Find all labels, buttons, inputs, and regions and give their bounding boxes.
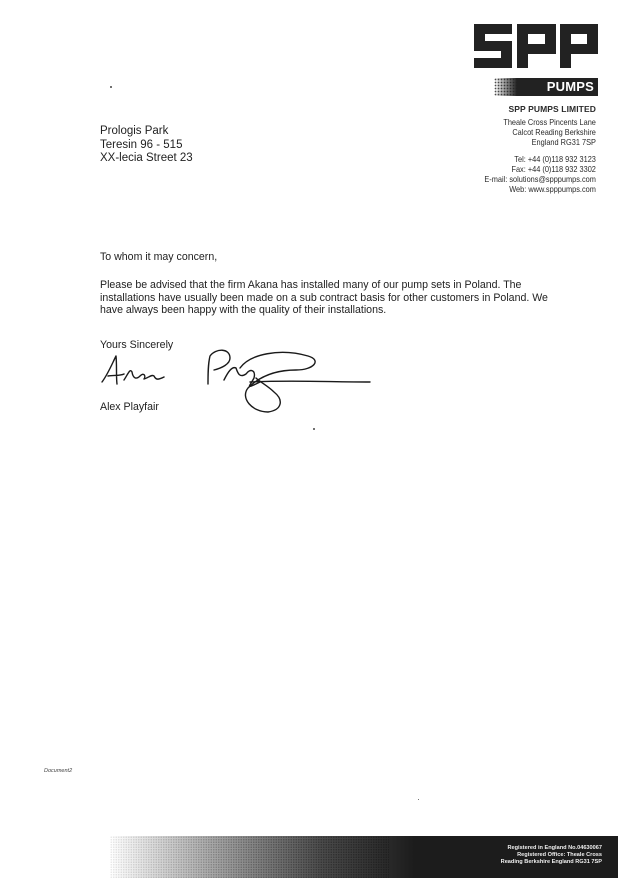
company-address-line: Calcot Reading Berkshire xyxy=(484,128,596,138)
company-email: E-mail: solutions@spppumps.com xyxy=(484,175,596,185)
signer-name: Alex Playfair xyxy=(100,401,159,414)
registration-info: Registered in England No.04630067 Regist… xyxy=(501,845,602,867)
registration-line: Registered in England No.04630067 xyxy=(501,845,602,852)
spp-logo: spp xyxy=(474,24,598,68)
company-address-block: Theale Cross Pincents Lane Calcot Readin… xyxy=(484,118,596,195)
company-fax: Fax: +44 (0)118 932 3302 xyxy=(484,165,596,175)
recipient-line: XX-lecia Street 23 xyxy=(100,152,193,166)
scan-speck xyxy=(110,86,112,88)
footer-band: Registered in England No.04630067 Regist… xyxy=(110,836,618,878)
pumps-label: PUMPS xyxy=(547,79,594,94)
scan-speck xyxy=(418,799,419,800)
company-website: Web: www.spppumps.com xyxy=(484,185,596,195)
company-telephone: Tel: +44 (0)118 932 3123 xyxy=(484,155,596,165)
registration-line: Registered Office: Theale Cross xyxy=(501,852,602,859)
recipient-address: Prologis Park Teresin 96 - 515 XX-lecia … xyxy=(100,125,193,166)
document-reference: Document2 xyxy=(44,768,72,774)
recipient-line: Prologis Park xyxy=(100,125,193,139)
pumps-banner: PUMPS xyxy=(494,78,598,96)
registration-line: Reading Berkshire England RG31 7SP xyxy=(501,859,602,866)
company-name: SPP PUMPS LIMITED xyxy=(508,104,596,114)
salutation: To whom it may concern, xyxy=(100,251,217,264)
company-address-line: England RG31 7SP xyxy=(484,138,596,148)
letter-body: Please be advised that the firm Akana ha… xyxy=(100,279,560,317)
company-address-line: Theale Cross Pincents Lane xyxy=(484,118,596,128)
scan-speck xyxy=(313,428,315,430)
recipient-line: Teresin 96 - 515 xyxy=(100,139,193,153)
